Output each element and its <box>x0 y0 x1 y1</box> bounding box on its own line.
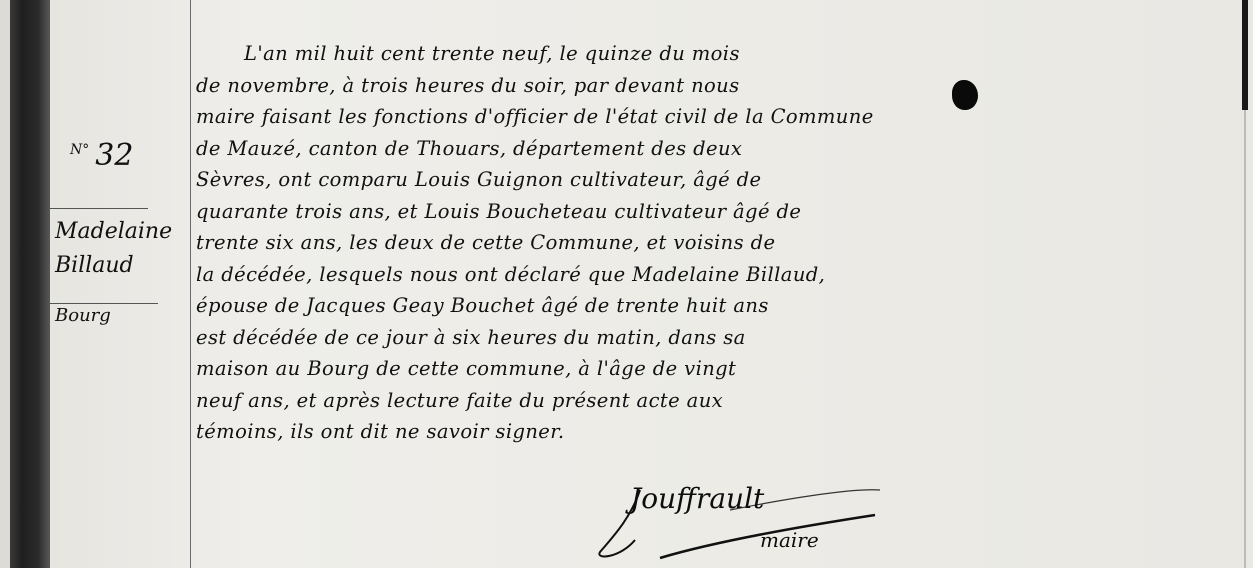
text-line: est décédée de ce jour à six heures du m… <box>196 322 1236 354</box>
text-line: témoins, ils ont dit ne savoir signer. <box>196 416 1236 448</box>
text-line: de Mauzé, canton de Thouars, département… <box>196 133 1236 165</box>
text-line: épouse de Jacques Geay Bouchet âgé de tr… <box>196 290 1236 322</box>
book-binding-shadow <box>10 0 50 568</box>
margin-divider <box>48 303 158 304</box>
text-line: L'an mil huit cent trente neuf, le quinz… <box>196 38 1236 70</box>
text-line: maison au Bourg de cette commune, à l'âg… <box>196 353 1236 385</box>
margin-divider <box>48 208 148 209</box>
text-line: la décédée, lesquels nous ont déclaré qu… <box>196 259 1236 291</box>
text-line: quarante trois ans, et Louis Boucheteau … <box>196 196 1236 228</box>
deceased-place: Bourg <box>55 305 185 326</box>
text-line: Sèvres, ont comparu Louis Guignon cultiv… <box>196 164 1236 196</box>
page-right-edge-faint <box>1244 110 1246 568</box>
mayor-signature: Jouffrault <box>630 482 764 515</box>
scanned-register-page: N°32 Madelaine Billaud Bourg L'an mil hu… <box>0 0 1253 568</box>
act-body-text: L'an mil huit cent trente neuf, le quinz… <box>196 38 1236 448</box>
text-line: neuf ans, et après lecture faite du prés… <box>196 385 1236 417</box>
text-line: de novembre, à trois heures du soir, par… <box>196 70 1236 102</box>
page-edge <box>0 0 10 568</box>
act-number-value: 32 <box>95 138 133 173</box>
text-line: maire faisant les fonctions d'officier d… <box>196 101 1236 133</box>
deceased-name: Madelaine Billaud <box>55 215 185 283</box>
mayor-title: maire <box>760 528 819 552</box>
margin-rule-line <box>190 0 191 568</box>
page-right-edge <box>1242 0 1248 110</box>
text-line: trente six ans, les deux de cette Commun… <box>196 227 1236 259</box>
act-number: N°32 <box>70 138 200 173</box>
